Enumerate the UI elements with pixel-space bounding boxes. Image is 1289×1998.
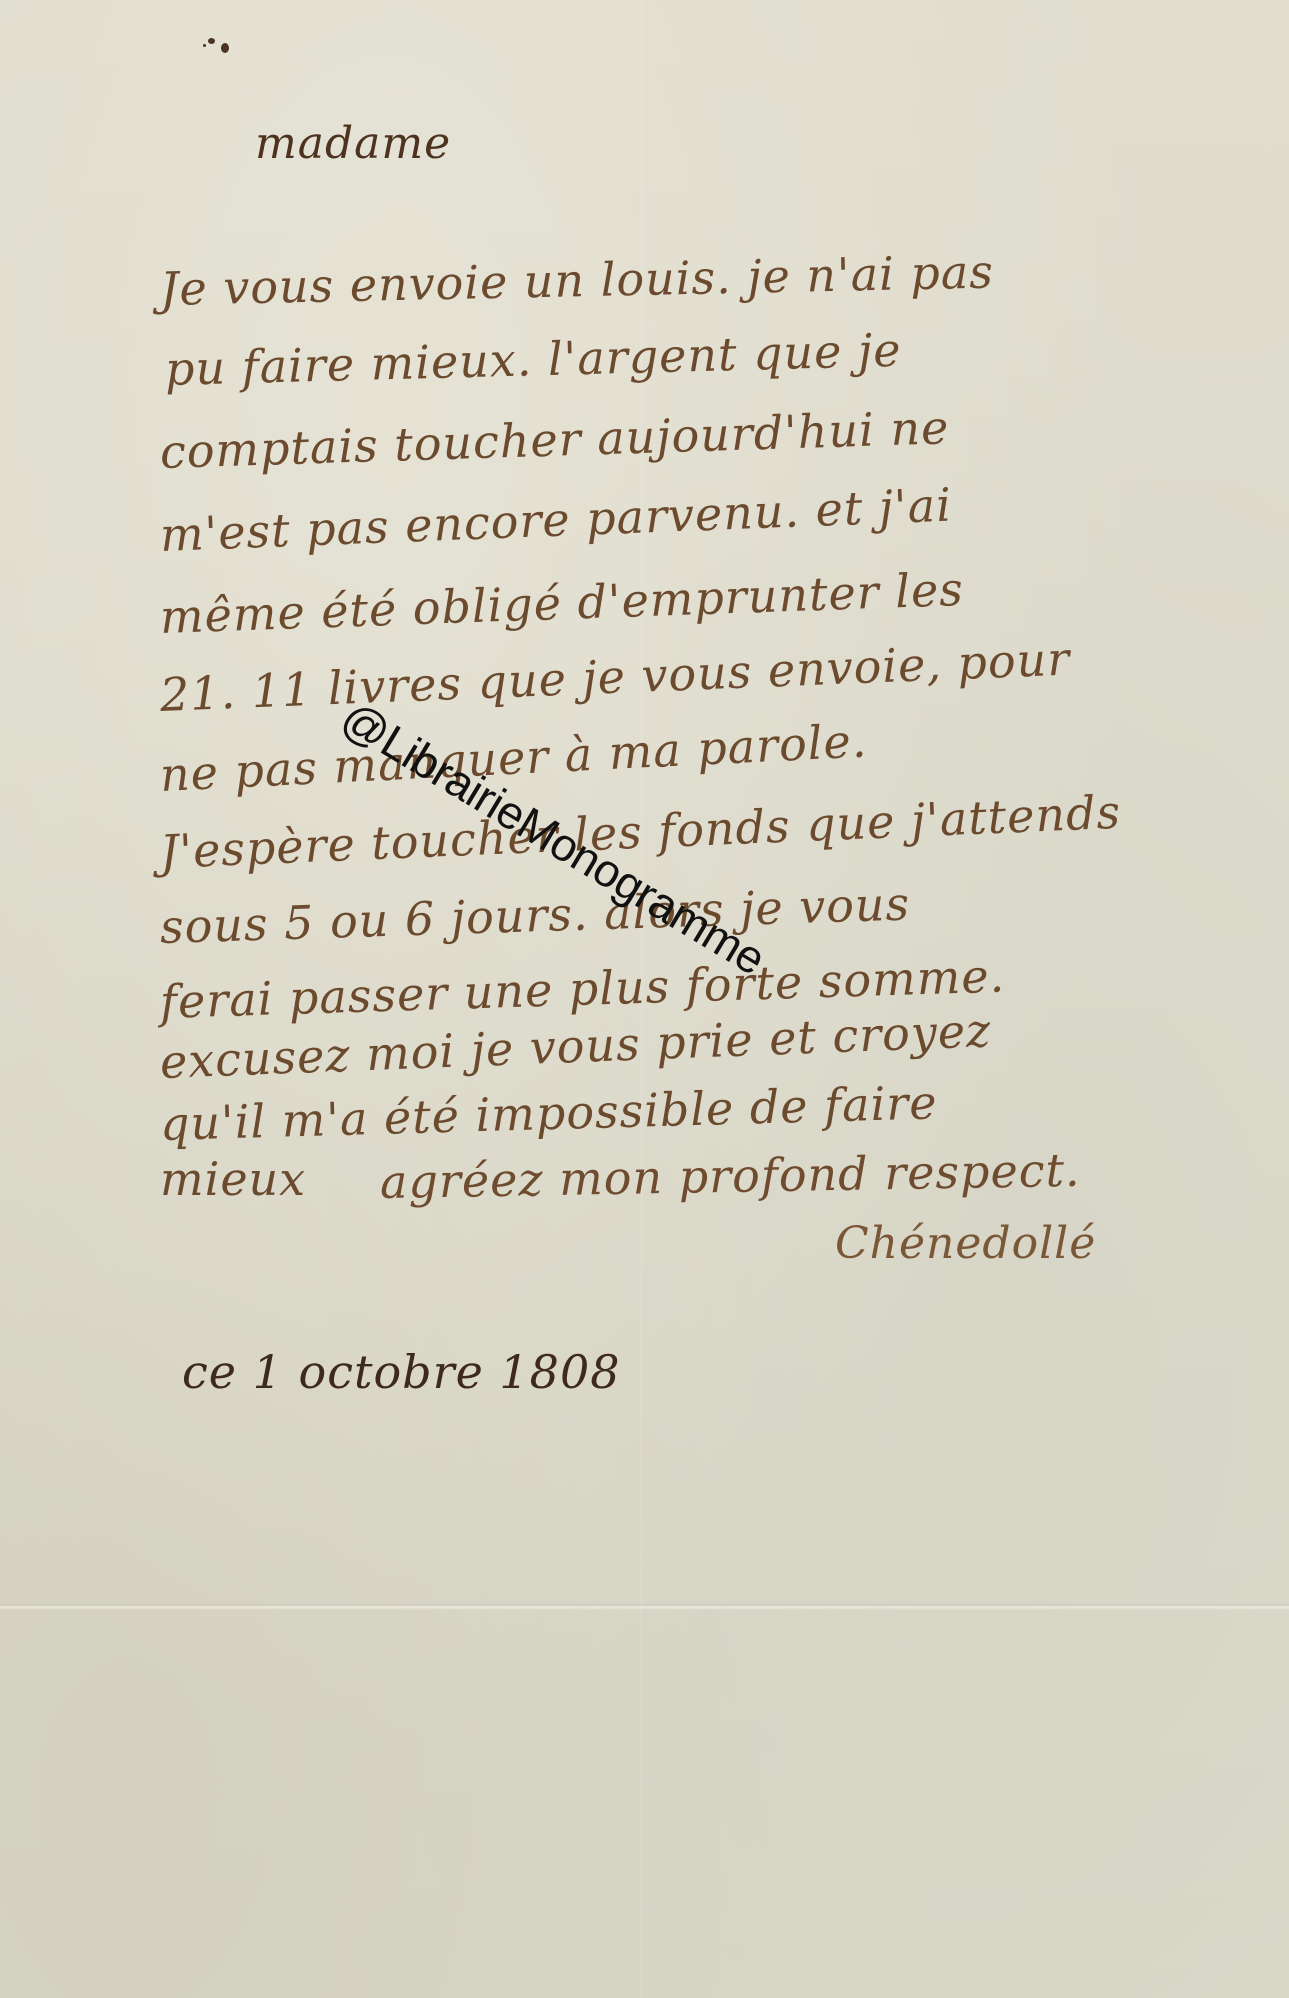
body-line: pu faire mieux. l'argent que je: [164, 323, 902, 396]
body-line: même été obligé d'emprunter les: [159, 562, 965, 644]
body-line: sous 5 ou 6 jours. alors je vous: [159, 876, 911, 954]
body-line: m'est pas encore parvenu. et j'ai: [159, 478, 953, 562]
letter: madame Je vous envoie un louis. je n'ai …: [0, 0, 1289, 1998]
date-line: ce 1 octobre 1808: [182, 1345, 620, 1399]
body-line: qu'il m'a été impossible de faire: [159, 1075, 938, 1151]
closing-line: agréez mon profond respect.: [380, 1143, 1081, 1209]
salutation: madame: [255, 118, 451, 169]
body-line: 21. 11 livres que je vous envoie, pour: [159, 631, 1071, 722]
body-line: comptais toucher aujourd'hui ne: [159, 400, 950, 479]
signature: Chénedollé: [835, 1218, 1096, 1269]
body-line: Je vous envoie un louis. je n'ai pas: [159, 245, 994, 316]
body-line: mieux: [160, 1152, 306, 1206]
